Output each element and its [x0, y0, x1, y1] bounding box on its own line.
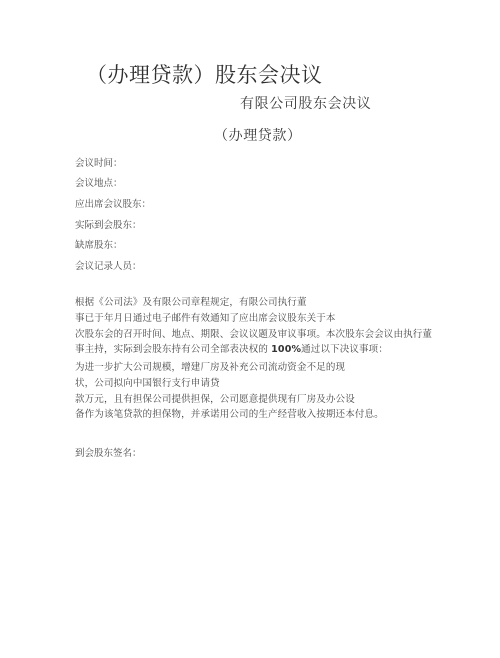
paragraph-line: 事主持，实际到会股东持有公司全部表决权的 100%通过以下决议事项：	[75, 345, 388, 355]
field-attending-shareholders: 实际到会股东：	[75, 221, 142, 231]
paragraph-line: 根据《公司法》及有限公司章程规定，有限公司执行董	[75, 298, 307, 308]
text-segment: 事主持，实际到会股东持有公司全部表决权的	[75, 344, 271, 355]
field-meeting-place: 会议地点：	[75, 179, 123, 189]
paragraph-line: 为进一步扩大公司规模，增建厂房及补充公司流动资金不足的现	[75, 363, 345, 373]
paragraph-line: 款万元，且有担保公司提供担保，公司愿意提供现有厂房及办公设	[75, 395, 355, 405]
field-absent-shareholders: 缺席股东：	[75, 241, 123, 251]
document-title: （办理贷款）股东会决议	[86, 65, 323, 86]
document-subtitle: 有限公司股东会决议	[240, 97, 371, 111]
paragraph-line: 备作为该笔贷款的担保物，并承诺用公司的生产经营收入按期还本付息。	[75, 410, 384, 420]
field-expected-shareholders: 应出席会议股东：	[75, 200, 151, 210]
paragraph-line: 事已于年月日通过电子邮件有效通知了应出席会议股东关于本	[75, 314, 336, 324]
text-segment: 通过以下决议事项：	[301, 344, 388, 355]
vote-percentage: 100%	[271, 344, 301, 355]
signature-label: 到会股东签名：	[75, 449, 142, 459]
paragraph-line: 状，公司拟向中国银行支行申请贷	[75, 379, 220, 389]
paragraph-line: 次股东会的召开时间、地点、期限、会议议题及审议事项。本次股东会会议由执行董	[75, 330, 432, 340]
field-meeting-time: 会议时间：	[75, 159, 123, 169]
field-recorder: 会议记录人员：	[75, 262, 142, 272]
document-subtitle-loan: （办理贷款）	[214, 129, 302, 143]
